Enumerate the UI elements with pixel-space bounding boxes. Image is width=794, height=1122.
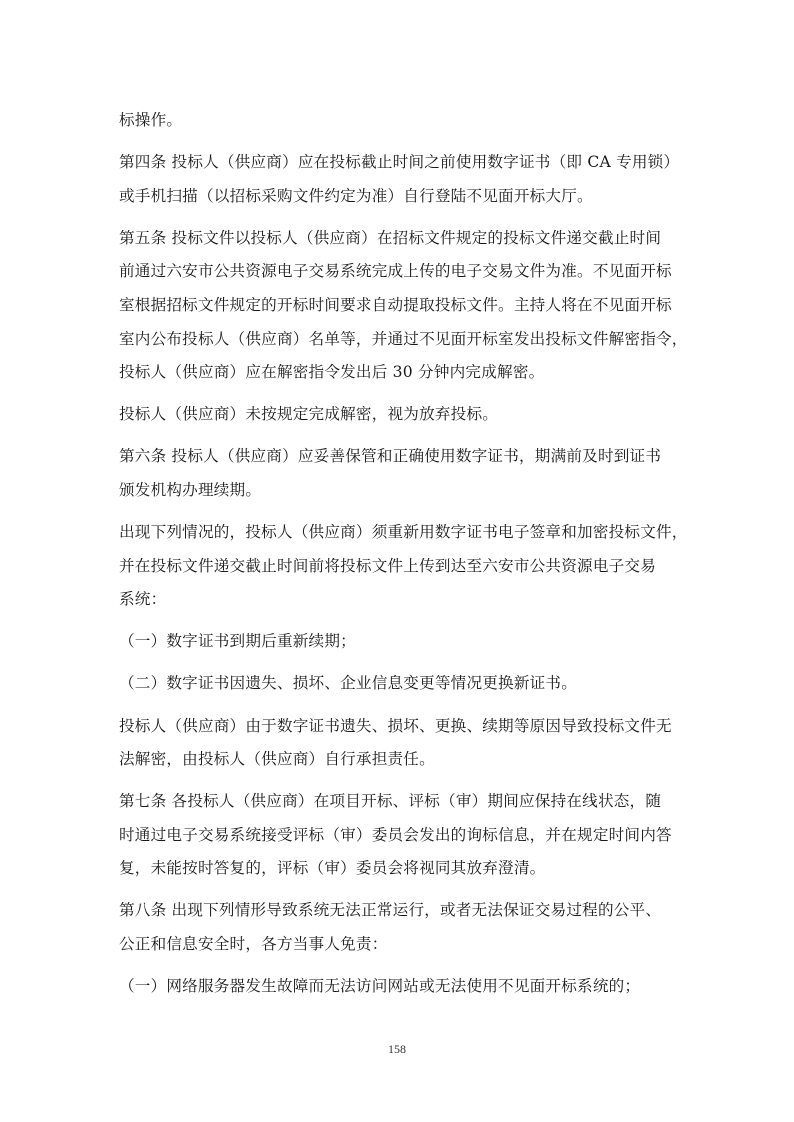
text-line: 或手机扫描（以招标采购文件约定为准）自行登陆不见面开标大厅。: [119, 180, 677, 214]
article-6-item-1: （一）数字证书到期后重新续期；: [119, 625, 677, 659]
page-number: 158: [0, 1041, 794, 1057]
text-line: 颁发机构办理续期。: [119, 474, 677, 508]
article-8: 第八条 出现下列情形导致系统无法正常运行，或者无法保证交易过程的公平、 公正和信…: [119, 894, 677, 961]
article-5-note: 投标人（供应商）未按规定完成解密，视为放弃投标。: [119, 398, 677, 432]
article-6-item-2: （二）数字证书因遗失、损坏、企业信息变更等情况更换新证书。: [119, 667, 677, 701]
text-line: 投标人（供应商）由于数字证书遗失、损坏、更换、续期等原因导致投标文件无: [119, 710, 677, 744]
text-line: 室根据招标文件规定的开标时间要求自动提取投标文件。主持人将在不见面开标: [119, 289, 677, 323]
document-body: 标操作。 第四条 投标人（供应商）应在投标截止时间之前使用数字证书（即 CA 专…: [119, 104, 677, 1012]
text-line: 投标人（供应商）应在解密指令发出后 30 分钟内完成解密。: [119, 356, 677, 390]
article-8-item-1: （一）网络服务器发生故障而无法访问网站或无法使用不见面开标系统的；: [119, 970, 677, 1004]
text-line: （一）数字证书到期后重新续期；: [119, 625, 677, 659]
text-line: 公正和信息安全时，各方当事人免责：: [119, 928, 677, 962]
text-line: （二）数字证书因遗失、损坏、企业信息变更等情况更换新证书。: [119, 667, 677, 701]
document-page: 标操作。 第四条 投标人（供应商）应在投标截止时间之前使用数字证书（即 CA 专…: [0, 0, 794, 1122]
text-line: 室内公布投标人（供应商）名单等，并通过不见面开标室发出投标文件解密指令，: [119, 323, 677, 357]
paragraph-continuation: 标操作。: [119, 104, 677, 138]
text-line: 法解密，由投标人（供应商）自行承担责任。: [119, 743, 677, 777]
text-line: 第七条 各投标人（供应商）在项目开标、评标（审）期间应保持在线状态，随: [119, 785, 677, 819]
text-line: 并在投标文件递交截止时间前将投标文件上传到达至六安市公共资源电子交易: [119, 550, 677, 584]
article-7: 第七条 各投标人（供应商）在项目开标、评标（审）期间应保持在线状态，随 时通过电…: [119, 785, 677, 886]
article-5: 第五条 投标文件以投标人（供应商）在招标文件规定的投标文件递交截止时间 前通过六…: [119, 222, 677, 390]
text-line: 第六条 投标人（供应商）应妥善保管和正确使用数字证书，期满前及时到证书: [119, 440, 677, 474]
text-line: 第五条 投标文件以投标人（供应商）在招标文件规定的投标文件递交截止时间: [119, 222, 677, 256]
text-line: （一）网络服务器发生故障而无法访问网站或无法使用不见面开标系统的；: [119, 970, 677, 1004]
article-6-conditions: 出现下列情况的，投标人（供应商）须重新用数字证书电子签章和加密投标文件， 并在投…: [119, 516, 677, 617]
article-6-liability: 投标人（供应商）由于数字证书遗失、损坏、更换、续期等原因导致投标文件无 法解密，…: [119, 710, 677, 777]
text-line: 标操作。: [119, 104, 677, 138]
article-6: 第六条 投标人（供应商）应妥善保管和正确使用数字证书，期满前及时到证书 颁发机构…: [119, 440, 677, 507]
text-line: 出现下列情况的，投标人（供应商）须重新用数字证书电子签章和加密投标文件，: [119, 516, 677, 550]
text-line: 投标人（供应商）未按规定完成解密，视为放弃投标。: [119, 398, 677, 432]
text-line: 时通过电子交易系统接受评标（审）委员会发出的询标信息，并在规定时间内答: [119, 819, 677, 853]
article-4: 第四条 投标人（供应商）应在投标截止时间之前使用数字证书（即 CA 专用锁） 或…: [119, 146, 677, 213]
text-line: 系统：: [119, 583, 677, 617]
text-line: 前通过六安市公共资源电子交易系统完成上传的电子交易文件为准。不见面开标: [119, 255, 677, 289]
text-line: 复，未能按时答复的，评标（审）委员会将视同其放弃澄清。: [119, 852, 677, 886]
text-line: 第八条 出现下列情形导致系统无法正常运行，或者无法保证交易过程的公平、: [119, 894, 677, 928]
text-line: 第四条 投标人（供应商）应在投标截止时间之前使用数字证书（即 CA 专用锁）: [119, 146, 677, 180]
